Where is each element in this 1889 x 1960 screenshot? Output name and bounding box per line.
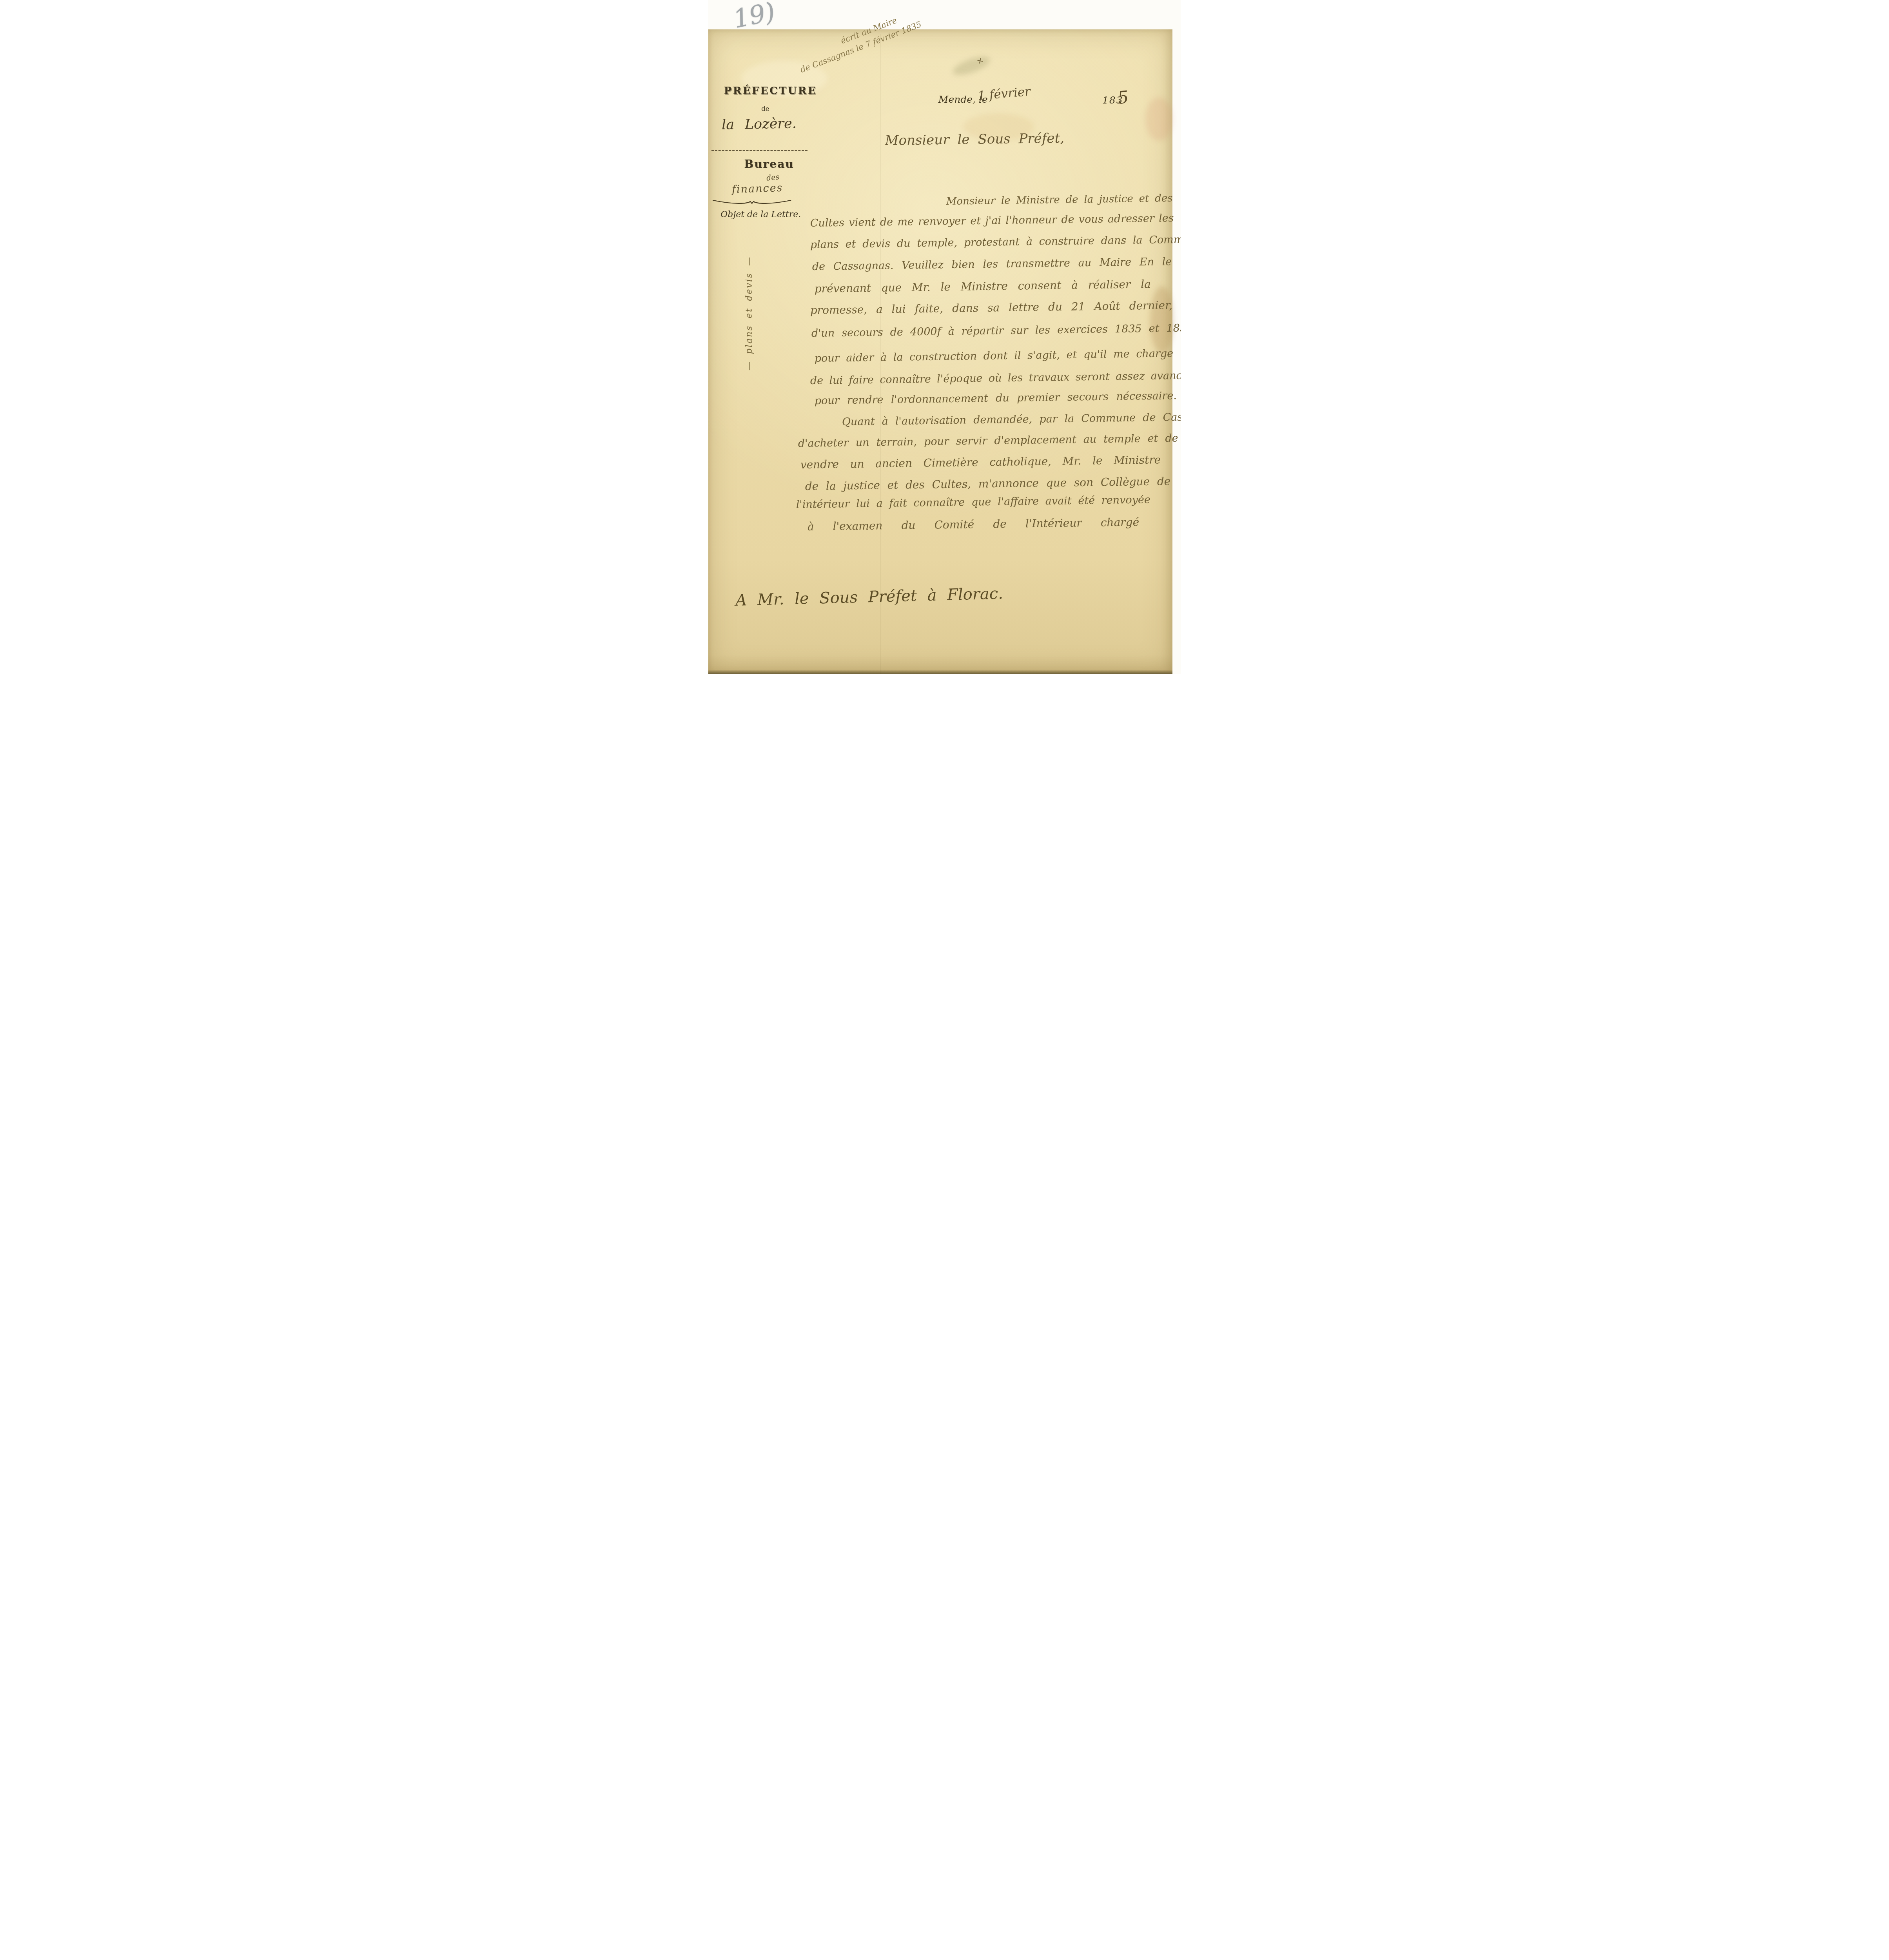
- paper-bottom-edge: [708, 670, 1172, 674]
- letterhead-objet-label: Objet de la Lettre.: [720, 210, 801, 220]
- letterhead-department-name: la Lozère.: [721, 116, 797, 133]
- margin-note-plans-devis: — plans et devis —: [744, 256, 754, 370]
- salutation: Monsieur le Sous Préfet,: [885, 130, 1064, 148]
- letterhead-divider: [711, 150, 807, 151]
- dateline-year-digit-handwritten: 5: [1117, 87, 1130, 109]
- letterhead-de: de: [761, 105, 769, 113]
- letterhead-bureau: Bureau: [744, 158, 794, 171]
- scanned-letter-page: 19) PRÉFECTURE de la Lozère. Bureau des …: [708, 0, 1181, 674]
- letterhead-prefecture: PRÉFECTURE: [724, 85, 817, 97]
- letterhead-bureau-finances: finances: [732, 182, 783, 196]
- letterhead-bureau-des: des: [766, 172, 780, 182]
- finances-brace-decoration: [712, 199, 791, 205]
